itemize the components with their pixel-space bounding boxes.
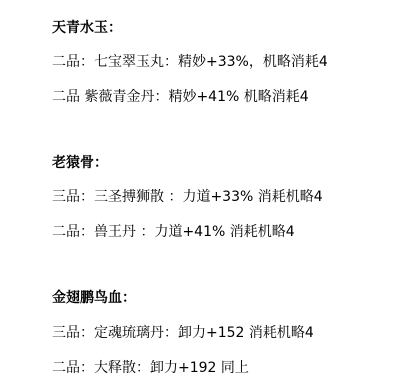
item-line: 二品：七宝翠玉丸：精妙+33%，机略消耗4 (52, 54, 328, 70)
item-line: 二品：大释散：卸力+192 同上 (52, 360, 249, 376)
item-line: 二品：兽王丹 ：力道+41% 消耗机略4 (52, 224, 295, 240)
item-line: 三品：定魂琉璃丹：卸力+152 消耗机略4 (52, 325, 314, 341)
item-line: 二品 紫薇青金丹：精妙+41% 机略消耗4 (52, 89, 309, 105)
section-title-tianqing-shuiyu: 天青水玉： (52, 20, 122, 36)
section-title-laoyuan-gu: 老猿骨： (52, 155, 108, 171)
section-title-jinchi-pengniao-xue: 金翅鹏鸟血： (52, 290, 136, 306)
item-line: 三品：三圣搏狮散 ：力道+33% 消耗机略4 (52, 189, 323, 205)
